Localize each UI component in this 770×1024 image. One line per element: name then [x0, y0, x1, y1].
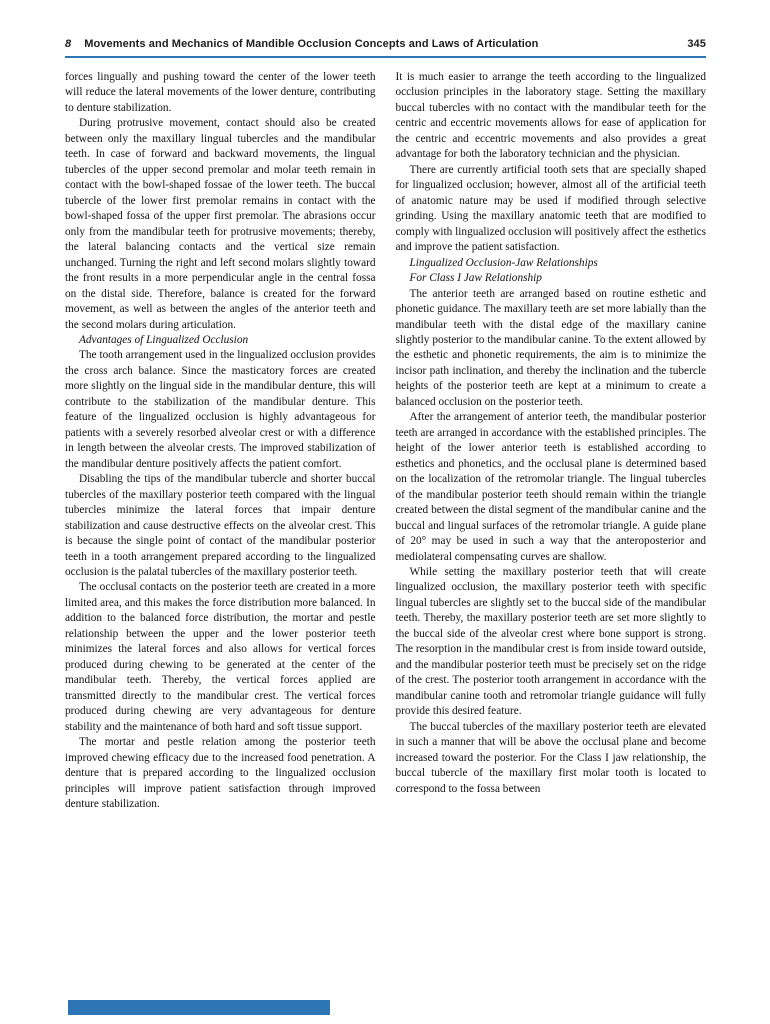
- paragraph: During protrusive movement, contact shou…: [65, 116, 376, 333]
- reading-progress-bar: [68, 1000, 330, 1015]
- running-header: 8 Movements and Mechanics of Mandible Oc…: [65, 38, 706, 50]
- paragraph: Disabling the tips of the mandibular tub…: [65, 472, 376, 580]
- paragraph: The tooth arrangement used in the lingua…: [65, 348, 376, 472]
- paragraph: It is much easier to arrange the teeth a…: [396, 70, 707, 163]
- section-subheading: Lingualized Occlusion-Jaw Relationships: [396, 256, 707, 271]
- header-rule: [65, 56, 706, 58]
- left-column: forces lingually and pushing toward the …: [65, 70, 376, 813]
- paragraph: forces lingually and pushing toward the …: [65, 70, 376, 116]
- page-number: 345: [687, 38, 706, 50]
- text-columns: forces lingually and pushing toward the …: [65, 70, 706, 813]
- paragraph: After the arrangement of anterior teeth,…: [396, 410, 707, 565]
- section-subheading: Advantages of Lingualized Occlusion: [65, 333, 376, 348]
- chapter-number: 8: [65, 38, 71, 50]
- section-subheading: For Class I Jaw Relationship: [396, 271, 707, 286]
- paragraph: The anterior teeth are arranged based on…: [396, 287, 707, 411]
- chapter-title: Movements and Mechanics of Mandible Occl…: [84, 38, 687, 50]
- paragraph: While setting the maxillary posterior te…: [396, 565, 707, 720]
- book-page: 8 Movements and Mechanics of Mandible Oc…: [0, 0, 770, 1024]
- paragraph: The buccal tubercles of the maxillary po…: [396, 720, 707, 797]
- paragraph: The mortar and pestle relation among the…: [65, 735, 376, 812]
- paragraph: The occlusal contacts on the posterior t…: [65, 580, 376, 735]
- paragraph: There are currently artificial tooth set…: [396, 163, 707, 256]
- right-column: It is much easier to arrange the teeth a…: [396, 70, 707, 813]
